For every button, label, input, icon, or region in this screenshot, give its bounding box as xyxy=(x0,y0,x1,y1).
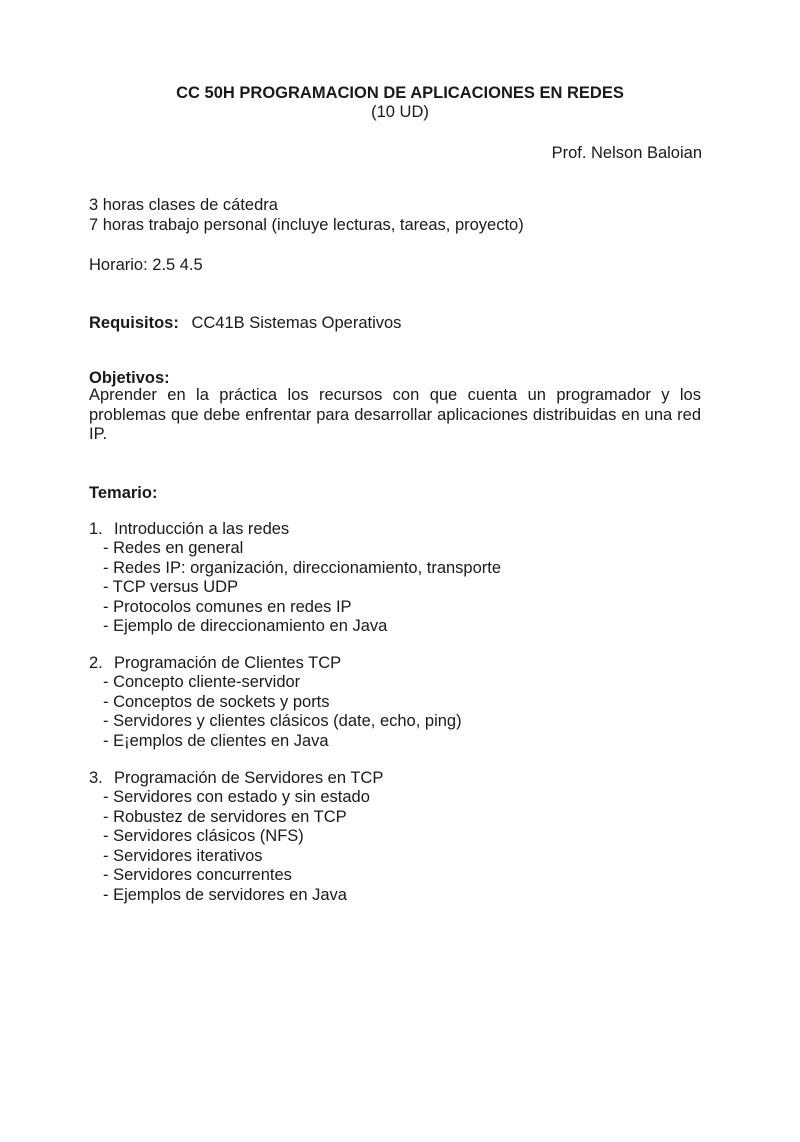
syllabus-label: Temario: xyxy=(89,484,157,503)
topic-item: - Servidores iterativos xyxy=(89,847,709,867)
topic-item: - Redes IP: organización, direccionamien… xyxy=(89,559,709,579)
requirements-value: CC41B Sistemas Operativos xyxy=(191,314,401,332)
course-title: CC 50H PROGRAMACION DE APLICACIONES EN R… xyxy=(0,84,800,103)
topic-item: - Robustez de servidores en TCP xyxy=(89,808,709,828)
topic-1: 1.Introducción a las redes - Redes en ge… xyxy=(89,519,709,637)
lecture-hours: 3 horas clases de cátedra xyxy=(89,196,278,215)
topic-item: - E¡emplos de clientes en Java xyxy=(89,732,709,752)
topic-number: 3. xyxy=(89,768,114,788)
topic-heading: 3.Programación de Servidores en TCP xyxy=(89,768,709,788)
topic-item: - TCP versus UDP xyxy=(89,578,709,598)
topic-item: - Ejemplo de direccionamiento en Java xyxy=(89,617,709,637)
objectives-text: Aprender en la práctica los recursos con… xyxy=(89,386,701,445)
course-units: (10 UD) xyxy=(0,103,800,122)
requirements-label: Requisitos: xyxy=(89,314,179,332)
topic-item: - Servidores clásicos (NFS) xyxy=(89,827,709,847)
topic-item: - Ejemplos de servidores en Java xyxy=(89,886,709,906)
topic-number: 2. xyxy=(89,653,114,673)
topic-title: Programación de Servidores en TCP xyxy=(114,769,383,787)
requirements: Requisitos: CC41B Sistemas Operativos xyxy=(89,314,401,333)
topic-item: - Redes en general xyxy=(89,539,709,559)
topic-item: - Servidores con estado y sin estado xyxy=(89,788,709,808)
topic-item: - Protocolos comunes en redes IP xyxy=(89,598,709,618)
topic-3: 3.Programación de Servidores en TCP - Se… xyxy=(89,768,709,905)
schedule: Horario: 2.5 4.5 xyxy=(89,256,203,275)
topic-title: Introducción a las redes xyxy=(114,520,289,538)
topic-item: - Servidores concurrentes xyxy=(89,866,709,886)
topic-heading: 2.Programación de Clientes TCP xyxy=(89,653,709,673)
topic-item: - Servidores y clientes clásicos (date, … xyxy=(89,712,709,732)
topic-number: 1. xyxy=(89,519,114,539)
professor-name: Prof. Nelson Baloian xyxy=(552,144,702,163)
topic-item: - Concepto cliente-servidor xyxy=(89,673,709,693)
topic-heading: 1.Introducción a las redes xyxy=(89,519,709,539)
personal-hours: 7 horas trabajo personal (incluye lectur… xyxy=(89,216,524,235)
topic-2: 2.Programación de Clientes TCP - Concept… xyxy=(89,653,709,751)
topic-item: - Conceptos de sockets y ports xyxy=(89,693,709,713)
topic-title: Programación de Clientes TCP xyxy=(114,654,341,672)
